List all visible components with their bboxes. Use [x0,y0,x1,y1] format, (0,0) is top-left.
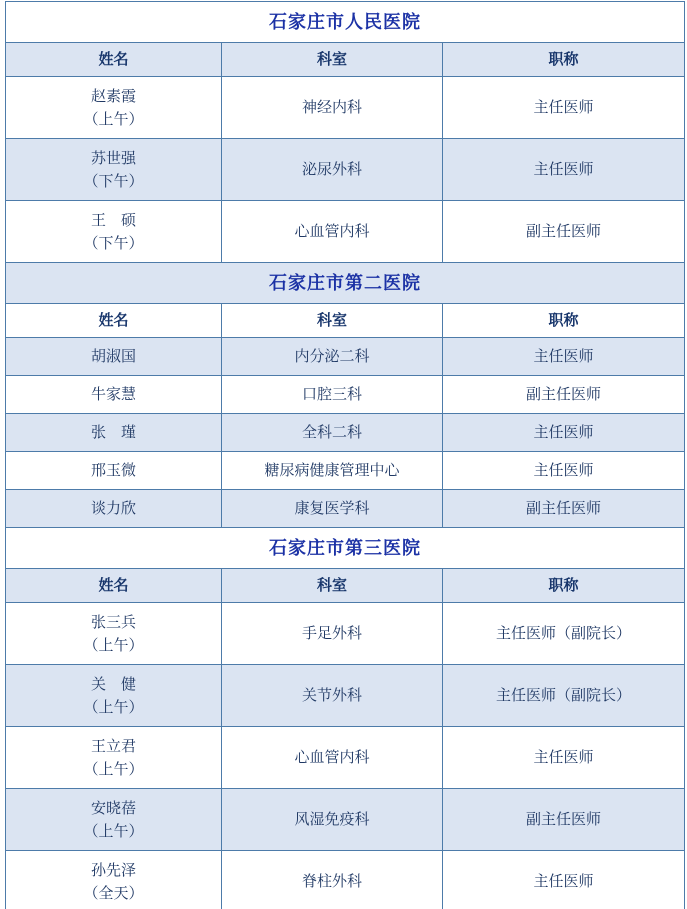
doctor-time: （上午） [83,758,143,781]
doctor-schedule-table: 石家庄市人民医院 姓名 科室 职称 赵素霞 （上午） 神经内科 主任医师 苏世强… [5,1,685,909]
doctor-row: 关 健 （上午） 关节外科 主任医师（副院长） [6,664,684,726]
job-title-cell: 副主任医师 [442,201,684,262]
department-cell: 口腔三科 [221,376,442,413]
column-header-dept: 科室 [221,569,442,602]
doctor-time: （上午） [83,820,143,843]
department-cell: 脊柱外科 [221,851,442,909]
column-header-title: 职称 [442,304,684,337]
doctor-name-cell: 孙先泽 （全天） [6,851,221,909]
job-title-cell: 主任医师 [442,77,684,138]
doctor-name: 苏世强 [91,147,136,170]
job-title-cell: 副主任医师 [442,490,684,527]
job-title-cell: 主任医师 [442,452,684,489]
doctor-name-cell: 关 健 （上午） [6,665,221,726]
hospital-name: 石家庄市第二医院 [269,272,421,295]
doctor-time: （上午） [83,108,143,131]
doctor-row: 王立君 （上午） 心血管内科 主任医师 [6,726,684,788]
hospital-name: 石家庄市第三医院 [269,537,421,560]
hospital-section-title: 石家庄市第三医院 [6,527,684,568]
job-title-cell: 副主任医师 [442,789,684,850]
job-title-cell: 主任医师 [442,338,684,375]
column-header-name: 姓名 [6,304,221,337]
doctor-name-cell: 安晓蓓 （上午） [6,789,221,850]
job-title-cell: 主任医师 [442,139,684,200]
doctor-name-cell: 张三兵 （上午） [6,603,221,664]
department-cell: 关节外科 [221,665,442,726]
doctor-row: 胡淑国 内分泌二科 主任医师 [6,337,684,375]
doctor-name-cell: 张 瑾 [6,414,221,451]
doctor-row: 王 硕 （下午） 心血管内科 副主任医师 [6,200,684,262]
doctor-name: 赵素霞 [91,85,136,108]
column-header-row: 姓名 科室 职称 [6,303,684,337]
column-header-dept: 科室 [221,43,442,76]
department-cell: 手足外科 [221,603,442,664]
doctor-row: 张 瑾 全科二科 主任医师 [6,413,684,451]
doctor-name: 王立君 [91,735,136,758]
job-title-cell: 主任医师 [442,851,684,909]
doctor-name-cell: 邢玉微 [6,452,221,489]
doctor-time: （上午） [83,696,143,719]
doctor-name-cell: 王 硕 （下午） [6,201,221,262]
doctor-row: 赵素霞 （上午） 神经内科 主任医师 [6,76,684,138]
doctor-time: （全天） [83,882,143,905]
doctor-row: 安晓蓓 （上午） 风湿免疫科 副主任医师 [6,788,684,850]
column-header-title: 职称 [442,569,684,602]
department-cell: 内分泌二科 [221,338,442,375]
doctor-name: 关 健 [91,673,136,696]
doctor-name-cell: 苏世强 （下午） [6,139,221,200]
doctor-name-cell: 王立君 （上午） [6,727,221,788]
department-cell: 全科二科 [221,414,442,451]
department-cell: 神经内科 [221,77,442,138]
doctor-row: 张三兵 （上午） 手足外科 主任医师（副院长） [6,602,684,664]
column-header-name: 姓名 [6,569,221,602]
job-title-cell: 主任医师 [442,414,684,451]
hospital-name: 石家庄市人民医院 [269,11,421,34]
job-title-cell: 主任医师（副院长） [442,603,684,664]
department-cell: 泌尿外科 [221,139,442,200]
doctor-name-cell: 谈力欣 [6,490,221,527]
hospital-section-title: 石家庄市第二医院 [6,262,684,303]
doctor-row: 谈力欣 康复医学科 副主任医师 [6,489,684,527]
doctor-time: （上午） [83,634,143,657]
job-title-cell: 主任医师（副院长） [442,665,684,726]
doctor-row: 牛家慧 口腔三科 副主任医师 [6,375,684,413]
doctor-name-cell: 胡淑国 [6,338,221,375]
hospital-section-title: 石家庄市人民医院 [6,2,684,42]
job-title-cell: 主任医师 [442,727,684,788]
department-cell: 心血管内科 [221,201,442,262]
doctor-name: 安晓蓓 [91,797,136,820]
doctor-row: 孙先泽 （全天） 脊柱外科 主任医师 [6,850,684,909]
doctor-name: 王 硕 [91,209,136,232]
doctor-name: 孙先泽 [91,859,136,882]
doctor-time: （下午） [83,232,143,255]
department-cell: 糖尿病健康管理中心 [221,452,442,489]
job-title-cell: 副主任医师 [442,376,684,413]
doctor-row: 邢玉微 糖尿病健康管理中心 主任医师 [6,451,684,489]
doctor-time: （下午） [83,170,143,193]
department-cell: 风湿免疫科 [221,789,442,850]
column-header-title: 职称 [442,43,684,76]
department-cell: 康复医学科 [221,490,442,527]
doctor-row: 苏世强 （下午） 泌尿外科 主任医师 [6,138,684,200]
doctor-name-cell: 牛家慧 [6,376,221,413]
column-header-row: 姓名 科室 职称 [6,568,684,602]
column-header-name: 姓名 [6,43,221,76]
doctor-name: 张三兵 [91,611,136,634]
column-header-row: 姓名 科室 职称 [6,42,684,76]
doctor-name-cell: 赵素霞 （上午） [6,77,221,138]
department-cell: 心血管内科 [221,727,442,788]
column-header-dept: 科室 [221,304,442,337]
